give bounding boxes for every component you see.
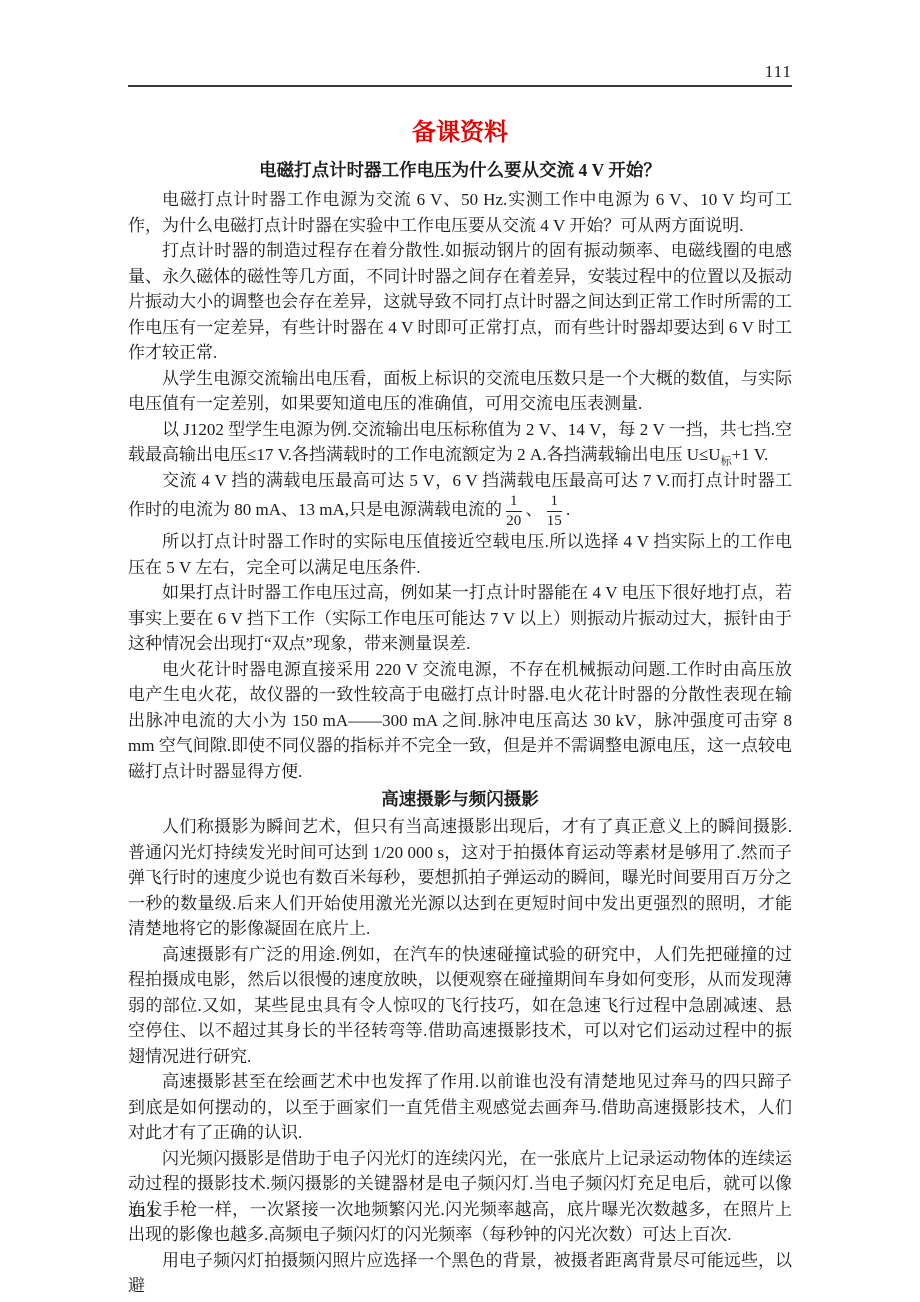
para-manufacturing-dispersion: 打点计时器的制造过程存在着分散性.如振动钢片的固有振动频率、电磁线圈的电感量、永… xyxy=(128,238,792,366)
para-j1202-tail: +1 V. xyxy=(732,445,769,464)
para-j1202-text: 以 J1202 型学生电源为例.交流输出电压标称值为 2 V、14 V，每 2 … xyxy=(128,420,792,465)
page-number-bottom: 111 xyxy=(130,1202,157,1222)
header-rule xyxy=(128,85,792,87)
para-panel-voltage-label: 从学生电源交流输出电压看，面板上标识的交流电压数只是一个大概的数值，与实际电压值… xyxy=(128,366,792,417)
para-full-load-voltage: 交流 4 V 挡的满载电压最高可达 5 V，6 V 挡满载电压最高可达 7 V.… xyxy=(128,468,792,530)
para-spark-timer: 电火花计时器电源直接采用 220 V 交流电源，不存在机械振动问题.工作时由高压… xyxy=(128,657,792,785)
page-content: 111 备课资料 电磁打点计时器工作电压为什么要从交流 4 V 开始？ 电磁打点… xyxy=(128,0,792,1299)
section-2-heading: 高速摄影与频闪摄影 xyxy=(128,786,792,812)
para-working-voltage-intro: 电磁打点计时器工作电源为交流 6 V、50 Hz.实测工作中电源为 6 V、10… xyxy=(128,187,792,238)
para-black-background: 用电子频闪灯拍摄频闪照片应选择一个黑色的背景，被摄者距离背景尽可能远些，以避 xyxy=(128,1248,792,1299)
para-full-load-tail: . xyxy=(566,500,570,519)
fraction-numerator: 1 xyxy=(506,493,522,512)
page-number-top: 111 xyxy=(128,0,792,82)
document-title: 备课资料 xyxy=(128,118,792,148)
section-1-heading: 电磁打点计时器工作电压为什么要从交流 4 V 开始？ xyxy=(128,157,792,183)
para-over-voltage-double-dots: 如果打点计时器工作电压过高，例如某一打点计时器能在 4 V 电压下很好地打点，若… xyxy=(128,580,792,657)
para-instant-art: 人们称摄影为瞬间艺术，但只有当高速摄影出现后，才有了真正意义上的瞬间摄影.普通闪… xyxy=(128,814,792,942)
para-full-load-text: 交流 4 V 挡的满载电压最高可达 5 V，6 V 挡满载电压最高可达 7 V.… xyxy=(128,471,792,519)
u-subscript: 标 xyxy=(721,455,732,467)
para-actual-voltage-conclusion: 所以打点计时器工作时的实际电压值接近空载电压.所以选择 4 V 挡实际上的工作电… xyxy=(128,529,792,580)
fraction-one-fifteenth: 115 xyxy=(547,493,563,529)
para-strobe-photography: 闪光频闪摄影是借助于电子闪光灯的连续闪光，在一张底片上记录运动物体的连续运动过程… xyxy=(128,1146,792,1248)
document-page: 111 备课资料 电磁打点计时器工作电压为什么要从交流 4 V 开始？ 电磁打点… xyxy=(0,0,920,1302)
body-text: 电磁打点计时器工作电源为交流 6 V、50 Hz.实测工作中电源为 6 V、10… xyxy=(128,187,792,1299)
fraction-separator: 、 xyxy=(526,500,543,519)
para-j1202-example: 以 J1202 型学生电源为例.交流输出电压标称值为 2 V、14 V，每 2 … xyxy=(128,417,792,468)
fraction-one-twentieth: 120 xyxy=(506,493,522,529)
fraction-denominator: 20 xyxy=(506,512,522,530)
para-high-speed-uses: 高速摄影有广泛的用途.例如，在汽车的快速碰撞试验的研究中，人们先把碰撞的过程拍摄… xyxy=(128,942,792,1070)
fraction-numerator: 1 xyxy=(547,493,563,512)
para-painting-horses: 高速摄影甚至在绘画艺术中也发挥了作用.以前谁也没有清楚地见过奔马的四只蹄子到底是… xyxy=(128,1069,792,1146)
fraction-denominator: 15 xyxy=(547,512,563,530)
